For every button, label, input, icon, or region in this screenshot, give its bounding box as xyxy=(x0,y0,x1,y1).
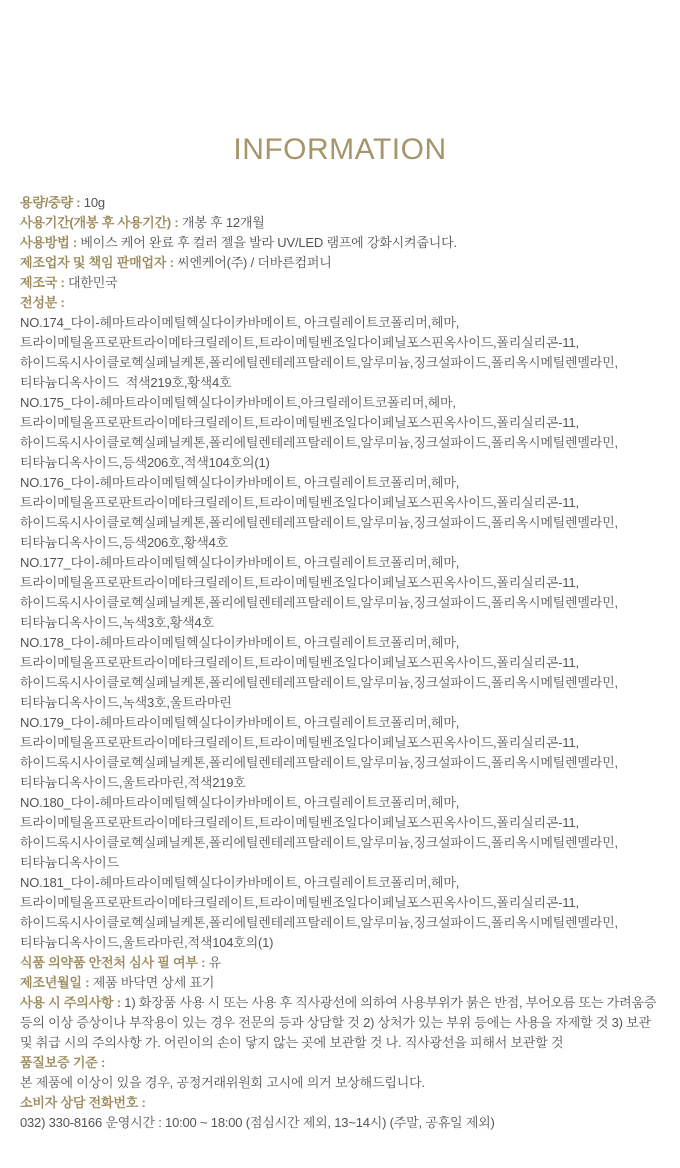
ingredient-line: 하이드록시사이클로헥실페닐케톤,폴리에틸렌테레프탈레이트,알루미늄,징크설파이드… xyxy=(20,753,660,773)
ingredient-line: NO.180_다이-헤마트라이메틸헥실다이카바메이트, 아크릴레이트코폴리머,헤… xyxy=(20,793,660,813)
ingredient-line: 티타늄디옥사이드 적색219호,황색4호 xyxy=(20,373,660,393)
ingredient-line: NO.175_다이-헤마트라이메틸헥실다이카바메이트,아크릴레이트코폴리머,헤마… xyxy=(20,393,660,413)
ingredient-line: 티타늄디옥사이드,울트라마린,적색104호의(1) xyxy=(20,933,660,953)
ingredient-line: 트라이메틸올프로판트라이메타크릴레이트,트라이메틸벤조일다이페닐포스핀옥사이드,… xyxy=(20,493,660,513)
ingredient-line: 트라이메틸올프로판트라이메타크릴레이트,트라이메틸벤조일다이페닐포스핀옥사이드,… xyxy=(20,573,660,593)
row-value: 제품 바닥면 상세 표기 xyxy=(93,975,214,990)
ingredient-line: 하이드록시사이클로헥실페닐케톤,폴리에틸렌테레프탈레이트,알루미늄,징크설파이드… xyxy=(20,513,660,533)
row-value: 10g xyxy=(84,195,105,210)
ingredient-line: 트라이메틸올프로판트라이메타크릴레이트,트라이메틸벤조일다이페닐포스핀옥사이드,… xyxy=(20,733,660,753)
ingredient-line: 하이드록시사이클로헥실페닐케톤,폴리에틸렌테레프탈레이트,알루미늄,징크설파이드… xyxy=(20,353,660,373)
ingredient-block-no175: NO.175_다이-헤마트라이메틸헥실다이카바메이트,아크릴레이트코폴리머,헤마… xyxy=(20,393,660,473)
ingredient-line: NO.179_다이-헤마트라이메틸헥실다이카바메이트, 아크릴레이트코폴리머,헤… xyxy=(20,713,660,733)
page-title: INFORMATION xyxy=(20,0,660,167)
ingredients-list: NO.174_다이-헤마트라이메틸헥실다이카바메이트, 아크릴레이트코폴리머,헤… xyxy=(20,313,660,953)
info-content: 용량/중량 : 10g사용기간(개봉 후 사용기간) : 개봉 후 12개월사용… xyxy=(20,193,660,1133)
info-row: 제조업자 및 책임 판매업자 : 씨엔케어(주) / 더바른컴퍼니 xyxy=(20,253,660,273)
row-value: 본 제품에 이상이 있을 경우, 공정거래위원회 고시에 의거 보상해드립니다. xyxy=(20,1073,660,1093)
ingredient-line: NO.181_다이-헤마트라이메틸헥실다이카바메이트, 아크릴레이트코폴리머,헤… xyxy=(20,873,660,893)
ingredient-line: 트라이메틸올프로판트라이메타크릴레이트,트라이메틸벤조일다이페닐포스핀옥사이드,… xyxy=(20,813,660,833)
ingredient-block-no176: NO.176_다이-헤마트라이메틸헥실다이카바메이트, 아크릴레이트코폴리머,헤… xyxy=(20,473,660,553)
ingredient-line: NO.178_다이-헤마트라이메틸헥실다이카바메이트, 아크릴레이트코폴리머,헤… xyxy=(20,633,660,653)
ingredient-line: 하이드록시사이클로헥실페닐케톤,폴리에틸렌테레프탈레이트,알루미늄,징크설파이드… xyxy=(20,433,660,453)
info-row: 용량/중량 : 10g xyxy=(20,193,660,213)
ingredient-block-no180: NO.180_다이-헤마트라이메틸헥실다이카바메이트, 아크릴레이트코폴리머,헤… xyxy=(20,793,660,873)
ingredient-line: 트라이메틸올프로판트라이메타크릴레이트,트라이메틸벤조일다이페닐포스핀옥사이드,… xyxy=(20,653,660,673)
ingredient-line: 하이드록시사이클로헥실페닐케톤,폴리에틸렌테레프탈레이트,알루미늄,징크설파이드… xyxy=(20,913,660,933)
ingredient-block-no178: NO.178_다이-헤마트라이메틸헥실다이카바메이트, 아크릴레이트코폴리머,헤… xyxy=(20,633,660,713)
ingredient-line: 티타늄디옥사이드,등색206호,적색104호의(1) xyxy=(20,453,660,473)
ingredient-block-no174: NO.174_다이-헤마트라이메틸헥실다이카바메이트, 아크릴레이트코폴리머,헤… xyxy=(20,313,660,393)
ingredient-line: 티타늄디옥사이드,울트라마린,적색219호 xyxy=(20,773,660,793)
ingredient-line: 트라이메틸올프로판트라이메타크릴레이트,트라이메틸벤조일다이페닐포스핀옥사이드,… xyxy=(20,333,660,353)
info-row: 식품 의약품 안전처 심사 필 여부 : 유 xyxy=(20,953,660,973)
row-label: 제조년월일 : xyxy=(20,975,93,990)
row-label: 식품 의약품 안전처 심사 필 여부 : xyxy=(20,955,209,970)
row-label: 사용 시 주의사항 : xyxy=(20,995,124,1010)
ingredient-line: 티타늄디옥사이드 xyxy=(20,853,660,873)
row-value: 씨엔케어(주) / 더바른컴퍼니 xyxy=(177,255,331,270)
product-information-page: INFORMATION 용량/중량 : 10g사용기간(개봉 후 사용기간) :… xyxy=(0,0,680,1163)
row-value: 개봉 후 12개월 xyxy=(182,215,265,230)
info-rows: 용량/중량 : 10g사용기간(개봉 후 사용기간) : 개봉 후 12개월사용… xyxy=(20,193,660,293)
row-value: 032) 330-8166 운영시간 : 10:00 ~ 18:00 (점심시간… xyxy=(20,1113,660,1133)
ingredient-line: 티타늄디옥사이드,등색206호,황색4호 xyxy=(20,533,660,553)
ingredient-line: NO.174_다이-헤마트라이메틸헥실다이카바메이트, 아크릴레이트코폴리머,헤… xyxy=(20,313,660,333)
footer-rows: 식품 의약품 안전처 심사 필 여부 : 유제조년월일 : 제품 바닥면 상세 … xyxy=(20,953,660,1133)
info-row: 제조국 : 대한민국 xyxy=(20,273,660,293)
row-label: 제조국 : xyxy=(20,275,68,290)
info-row: 사용기간(개봉 후 사용기간) : 개봉 후 12개월 xyxy=(20,213,660,233)
ingredient-line: NO.176_다이-헤마트라이메틸헥실다이카바메이트, 아크릴레이트코폴리머,헤… xyxy=(20,473,660,493)
row-value: 베이스 케어 완료 후 컬러 젤을 발라 UV/LED 램프에 강화시켜줍니다. xyxy=(80,235,456,250)
ingredient-line: 트라이메틸올프로판트라이메타크릴레이트,트라이메틸벤조일다이페닐포스핀옥사이드,… xyxy=(20,413,660,433)
ingredients-section: 전성분 : NO.174_다이-헤마트라이메틸헥실다이카바메이트, 아크릴레이트… xyxy=(20,293,660,953)
ingredient-block-no179: NO.179_다이-헤마트라이메틸헥실다이카바메이트, 아크릴레이트코폴리머,헤… xyxy=(20,713,660,793)
info-row: 사용 시 주의사항 : 1) 화장품 사용 시 또는 사용 후 직사광선에 의하… xyxy=(20,993,660,1053)
row-label: 소비자 상담 전화번호 : xyxy=(20,1093,660,1113)
row-label: 사용기간(개봉 후 사용기간) : xyxy=(20,215,182,230)
ingredient-line: 트라이메틸올프로판트라이메타크릴레이트,트라이메틸벤조일다이페닐포스핀옥사이드,… xyxy=(20,893,660,913)
ingredient-line: NO.177_다이-헤마트라이메틸헥실다이카바메이트, 아크릴레이트코폴리머,헤… xyxy=(20,553,660,573)
info-row: 제조년월일 : 제품 바닥면 상세 표기 xyxy=(20,973,660,993)
ingredients-label: 전성분 : xyxy=(20,293,660,313)
ingredient-line: 티타늄디옥사이드,녹색3호,울트라마린 xyxy=(20,693,660,713)
row-label: 품질보증 기준 : xyxy=(20,1053,660,1073)
ingredient-line: 하이드록시사이클로헥실페닐케톤,폴리에틸렌테레프탈레이트,알루미늄,징크설파이드… xyxy=(20,673,660,693)
info-row: 사용방법 : 베이스 케어 완료 후 컬러 젤을 발라 UV/LED 램프에 강… xyxy=(20,233,660,253)
ingredient-line: 하이드록시사이클로헥실페닐케톤,폴리에틸렌테레프탈레이트,알루미늄,징크설파이드… xyxy=(20,593,660,613)
ingredient-line: 티타늄디옥사이드,녹색3호,황색4호 xyxy=(20,613,660,633)
ingredient-block-no181: NO.181_다이-헤마트라이메틸헥실다이카바메이트, 아크릴레이트코폴리머,헤… xyxy=(20,873,660,953)
row-label: 제조업자 및 책임 판매업자 : xyxy=(20,255,177,270)
row-label: 사용방법 : xyxy=(20,235,80,250)
row-value: 유 xyxy=(209,955,221,970)
row-value: 대한민국 xyxy=(68,275,117,290)
ingredient-line: 하이드록시사이클로헥실페닐케톤,폴리에틸렌테레프탈레이트,알루미늄,징크설파이드… xyxy=(20,833,660,853)
ingredient-block-no177: NO.177_다이-헤마트라이메틸헥실다이카바메이트, 아크릴레이트코폴리머,헤… xyxy=(20,553,660,633)
row-label: 용량/중량 : xyxy=(20,195,84,210)
